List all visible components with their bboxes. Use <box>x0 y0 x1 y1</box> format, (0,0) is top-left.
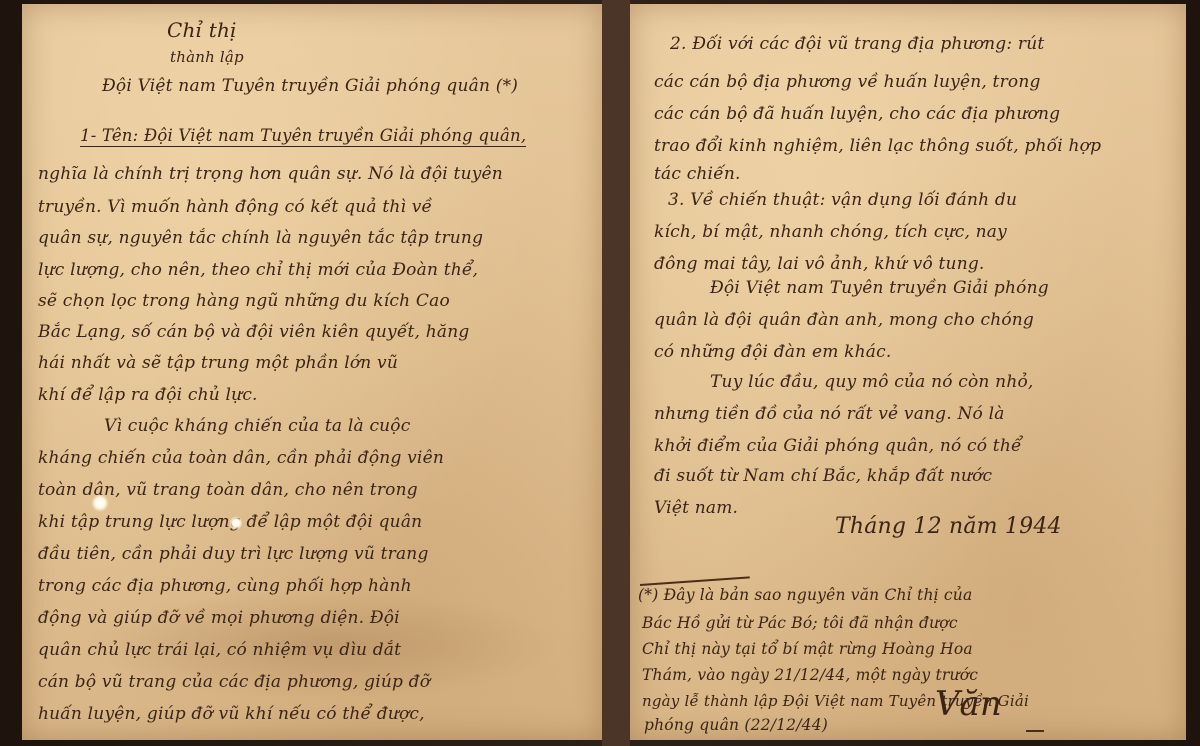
footnote-line-3: Chỉ thị này tại tổ bí mật rừng Hoàng Hoa <box>642 640 973 658</box>
body-line-3: truyền. Vì muốn hành động có kết quả thì… <box>38 197 432 217</box>
body-line-10: Vì cuộc kháng chiến của ta là cuộc <box>104 416 410 436</box>
para2-line-3: khởi điểm của Giải phóng quân, nó có thể <box>654 436 1022 456</box>
point-2-line-2: các cán bộ địa phương về huấn luyện, tro… <box>654 72 1041 92</box>
right-page: 2. Đối với các đội vũ trang địa phương: … <box>630 4 1186 740</box>
footnote-line-4: Thám, vào ngày 21/12/44, một ngày trước <box>642 666 978 684</box>
heading-line1: Chỉ thị <box>167 18 237 42</box>
body-line-9: khí để lập ra đội chủ lực. <box>38 385 258 405</box>
left-page: Chỉ thị thành lập Đội Việt nam Tuyên tru… <box>22 4 602 740</box>
point-2-line-5: tác chiến. <box>654 164 741 184</box>
para2-line-2: nhưng tiền đồ của nó rất vẻ vang. Nó là <box>654 404 1005 424</box>
para2-line-5: Việt nam. <box>654 498 738 518</box>
body-line-4: quân sự, nguyên tắc chính là nguyên tắc … <box>38 228 483 248</box>
para-line-2: quân là đội quân đàn anh, mong cho chóng <box>654 310 1034 330</box>
body-line-2: nghĩa là chính trị trọng hơn quân sự. Nó… <box>38 164 503 184</box>
point-3-line-1: 3. Về chiến thuật: vận dụng lối đánh du <box>668 190 1017 210</box>
signature-dash <box>1026 730 1044 732</box>
body-line-15: trong các địa phương, cùng phối hợp hành <box>38 576 412 596</box>
body-line-6: sẽ chọn lọc trong hàng ngũ những du kích… <box>38 291 450 311</box>
body-line-1: 1- Tên: Đội Việt nam Tuyên truyền Giải p… <box>80 126 526 147</box>
body-line-11: kháng chiến của toàn dân, cần phải động … <box>38 448 444 468</box>
footnote-line-1: (*) Đây là bản sao nguyên văn Chỉ thị củ… <box>638 586 972 604</box>
glare-reflection <box>92 494 108 512</box>
para2-line-4: đi suốt từ Nam chí Bắc, khắp đất nước <box>654 466 992 486</box>
point-3-line-3: đông mai tây, lai vô ảnh, khứ vô tung. <box>654 254 985 274</box>
body-line-16: động và giúp đỡ về mọi phương diện. Đội <box>38 608 400 628</box>
point-3-line-2: kích, bí mật, nhanh chóng, tích cực, nay <box>654 222 1007 242</box>
body-line-5: lực lượng, cho nên, theo chỉ thị mới của… <box>38 260 478 280</box>
point-2-line-3: các cán bộ đã huấn luyện, cho các địa ph… <box>654 104 1060 124</box>
page-divider <box>602 0 630 746</box>
heading-line3: Đội Việt nam Tuyên truyền Giải phóng quâ… <box>102 76 518 96</box>
body-line-17: quân chủ lực trái lại, có nhiệm vụ dìu d… <box>38 640 401 660</box>
footnote-rule <box>640 576 750 585</box>
heading-line2: thành lập <box>170 48 244 66</box>
body-line-14: đầu tiên, cần phải duy trì lực lượng vũ … <box>38 544 429 564</box>
body-line-7: Bắc Lạng, số cán bộ và đội viên kiên quy… <box>38 322 469 342</box>
body-line-18: cán bộ vũ trang của các địa phương, giúp… <box>38 672 430 692</box>
glare-reflection <box>230 516 242 530</box>
para-line-3: có những đội đàn em khác. <box>654 342 891 362</box>
body-line-19: huấn luyện, giúp đỡ vũ khí nếu có thể đư… <box>38 704 425 724</box>
signature: Văn <box>935 684 1002 724</box>
para-line-1: Đội Việt nam Tuyên truyền Giải phóng <box>710 278 1049 298</box>
point-2-line-4: trao đổi kinh nghiệm, liên lạc thông suố… <box>654 136 1101 156</box>
point-2-line-1: 2. Đối với các đội vũ trang địa phương: … <box>670 34 1044 54</box>
footnote-line-2: Bác Hồ gửi từ Pác Bó; tôi đã nhận được <box>642 614 958 632</box>
para2-line-1: Tuy lúc đầu, quy mô của nó còn nhỏ, <box>710 372 1034 392</box>
footnote-line-6: phóng quân (22/12/44) <box>644 716 828 734</box>
body-line-8: hái nhất và sẽ tập trung một phần lớn vũ <box>38 353 398 373</box>
date-line: Tháng 12 năm 1944 <box>835 514 1062 539</box>
